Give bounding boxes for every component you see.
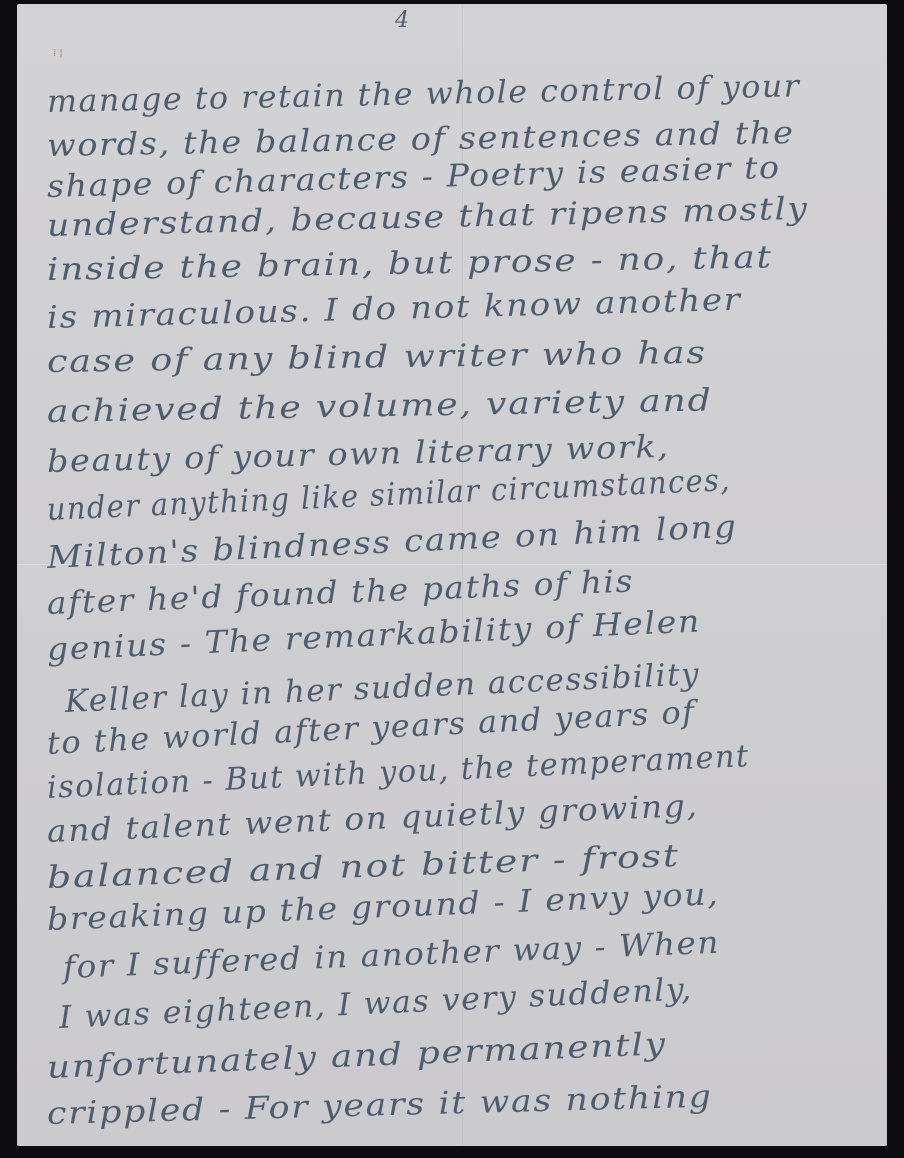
page-number: 4: [395, 8, 409, 33]
handwritten-line: crippled - For years it was nothing: [47, 1079, 713, 1132]
letter-page: ⁞ ¦ 4 manage to retain the whole control…: [17, 4, 887, 1146]
handwritten-line: is miraculous. I do not know another: [47, 282, 743, 336]
handwritten-line: manage to retain the whole control of yo…: [47, 68, 801, 120]
handwritten-line: unfortunately and permanently: [46, 1026, 667, 1086]
handwritten-line: achieved the volume, variety and: [47, 382, 713, 430]
handwritten-line: inside the brain, but prose - no, that: [47, 239, 773, 288]
handwritten-line: case of any blind writer who has: [47, 335, 707, 380]
corner-mark: ⁞ ¦: [53, 48, 63, 59]
